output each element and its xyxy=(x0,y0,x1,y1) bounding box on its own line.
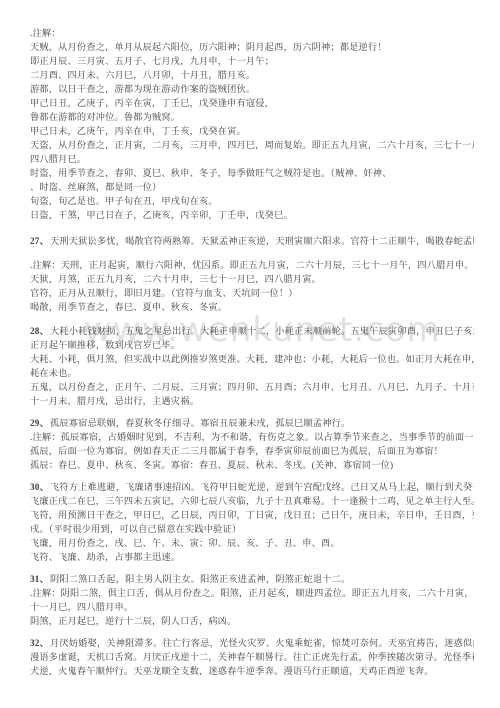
section-28-number: 28、 xyxy=(30,326,49,336)
section-31: 31、阴阳二煞口舌起，阳主男人阴主女。阳煞正亥进孟神，阴煞正蛇退十二。 .注解：… xyxy=(30,572,474,628)
section-27-heading: 27、天刑天狱讼多忧，喝散官符两熟筹。天狱孟神正亥逆，天刑寅顺六阳求。官符十二正… xyxy=(30,234,474,248)
text-line: 十一月未、腊月戌，忌出行，主遇灾祸。 xyxy=(30,394,474,408)
text-line: 日盗，干煞，甲己日在子，乙庚亥，丙辛卯，丁壬申，戊癸巳。 xyxy=(30,208,474,222)
section-31-heading: 31、阴阳二煞口舌起，阳主男人阴主女。阳煞正亥进孟神，阴煞正蛇退十二。 xyxy=(30,572,474,586)
text-line: 耗在未也。 xyxy=(30,366,474,380)
section-32: 32、月厌妨婚娶，关神阻滞多。往亡行客忌，光怪火灾罗。火鬼乘蛇雀，惊焚可奈何。天… xyxy=(30,636,474,678)
section-30-heading: 30、飞符方上难逃避，飞廉诸事速招凶。飞符甲日蛇光逆，逆到午宫配戊终。己日又从马… xyxy=(30,480,474,494)
text-line: 孤辰，后面一位为寡宿。例如春天正二三月都属于春季，春季寅卯辰前面巳为孤辰，后面丑… xyxy=(30,444,474,458)
text-line: 戌。（平时很少用到，可以自己留意在实践中验证） xyxy=(30,522,474,536)
text-line: 阴煞，正月起巳，逆行十二辰，阴人口舌，病凶。 xyxy=(30,614,474,628)
text-line: 甲己日丑，乙庚子，丙辛在寅，丁壬巳，戊癸逢申有寇侵， xyxy=(30,96,474,110)
section-28-heading: 28、大耗小耗钱财损，五鬼之星忌出行。大耗正申顺十二，小耗正未顺前轮。五鬼午辰寅… xyxy=(30,324,474,338)
section-32-heading: 32、月厌妨婚娶，关神阻滞多。往亡行客忌，光怪火灾罗。火鬼乘蛇雀，惊焚可奈何。天… xyxy=(30,636,474,650)
section-28: 28、大耗小耗钱财损，五鬼之星忌出行。大耗正申顺十二，小耗正未顺前轮。五鬼午辰寅… xyxy=(30,324,474,408)
section-29-heading-text: 孤辰寡宿忌联姻，春夏秋冬仔细寻。寡宿丑辰兼未戌，孤辰巳顺孟神行。 xyxy=(50,418,350,428)
text-line: 天盗，从月份查之，正月寅，二月亥，三月申，四月巳，周而复始。即正五九月寅，二六十… xyxy=(30,138,474,152)
text-line: 游都，以日干查之，游都为现在游动作案的盗贼团伙。 xyxy=(30,82,474,96)
section-27-heading-text: 天刑天狱讼多忧，喝散官符两熟筹。天狱孟神正亥逆，天刑寅顺六阳求。官符十二正顺牛，… xyxy=(50,236,474,246)
text-line: 四八腊月巳。 xyxy=(30,152,474,166)
text-line: 大耗、小耗，俱月煞，但实战中以此例推岁煞更准。大耗，建冲也；小耗，大耗后一位也。… xyxy=(30,352,474,366)
text-line: 即正月辰、三月寅、五月子、七月戌，九月申，十一月午； xyxy=(30,54,474,68)
section-30-number: 30、 xyxy=(30,482,49,492)
text-line: .注解：天刑，正月起寅，顺行六阳神，忧囚系。即正五九月寅，二六十月辰，三七十一月… xyxy=(30,258,474,272)
section-28-heading-text: 大耗小耗钱财损，五鬼之星忌出行。大耗正申顺十二，小耗正未顺前轮。五鬼午辰寅卯酉，… xyxy=(50,326,474,336)
text-line: 正月起午顺推移，数到戌宫岁已毕。 xyxy=(30,338,474,352)
section-30: 30、飞符方上难逃避，飞廉诸事速招凶。飞符甲日蛇光逆，逆到午宫配戊终。己日又从马… xyxy=(30,480,474,564)
section-29-number: 29、 xyxy=(30,418,49,428)
text-line: 二月酉、四月未、六月巳，八月卯，十月丑，腊月亥。 xyxy=(30,68,474,82)
section-29: 29、孤辰寡宿忌联姻，春夏秋冬仔细寻。寡宿丑辰兼未戌，孤辰巳顺孟神行。 .注解：… xyxy=(30,416,474,472)
text-line: 喝散，用季节查之，春巳、夏申、秋亥、冬寅。 xyxy=(30,300,474,314)
text-line: 孤辰：春巳、夏申、秋亥、冬寅。寡宿：春丑、夏辰、秋未、冬戌。(关神、寡宿同一位) xyxy=(30,458,474,472)
text-line: .注解： xyxy=(30,26,474,40)
text-line: 飞符，用预测日干查之，甲日巳，乙日辰，丙日卯，丁日寅，戊日丑；己日午，庚日未，辛… xyxy=(30,508,474,522)
text-line: 五鬼，以月份查之，正月午、二月辰、三月寅；四月卯、五月酉；六月申、七月丑、八月巳… xyxy=(30,380,474,394)
text-line: 、时盗、丝麻煞，都是同一位） xyxy=(30,180,474,194)
section-32-number: 32、 xyxy=(30,638,49,648)
text-line: 时盗，用季节查之，春卯、夏巳、秋申、冬子，每季做旺气之贼符是也。（贼神、奸神、 xyxy=(30,166,474,180)
text-line: .注解：孤辰寡宿，占婚姻时见到，不吉利，为不和谐，有伤克之象。以占算季节来查之，… xyxy=(30,430,474,444)
section-27-number: 27、 xyxy=(30,236,49,246)
section-30-heading-text: 飞符方上难逃避，飞廉诸事速招凶。飞符甲日蛇光逆，逆到午宫配戊终。己日又从马上起，… xyxy=(50,482,474,492)
text-line: 鲁都在游都的对冲位。鲁都为贼窝。 xyxy=(30,110,474,124)
section-31-number: 31、 xyxy=(30,574,49,584)
section-27: 27、天刑天狱讼多忧，喝散官符两熟筹。天狱孟神正亥逆，天刑寅顺六阳求。官符十二正… xyxy=(30,234,474,314)
section-31-heading-text: 阴阳二煞口舌起，阳主男人阴主女。阳煞正亥进孟神，阴煞正蛇退十二。 xyxy=(50,574,350,584)
text-line: 甲己日未，乙庚午，丙辛在申，丁壬亥，戊癸在寅。 xyxy=(30,124,474,138)
text-line: 飞廉正戌二在巳，三午四未五寅记，六卯七辰八亥临，九子十丑真难易。十一逢猴十二鸡，… xyxy=(30,494,474,508)
text-line: 天狱，月煞，正五九月亥，二六十月申，三七十一月巳，四八腊月寅。 xyxy=(30,272,474,286)
text-line: 飞廉，用月份查之，戌、巳、午、未、寅；卯、辰、亥、子、丑、申、酉。 xyxy=(30,536,474,550)
text-line: .注解：阴阳二煞，俱主口舌，俱从月份查之。阳煞，正月起亥，顺进四孟位。即正五九月… xyxy=(30,586,474,600)
text-line: 犬逆，火鬼春午顺仲行。天巫龙顺全支数，迷惑春牛逆季奔。漫语马行正顺道，天鸡正酉逆… xyxy=(30,664,474,678)
text-line: 飞符、飞廉、劫杀，占事都主迅速。 xyxy=(30,550,474,564)
section-32-heading-text: 月厌妨婚娶，关神阻滞多。往亡行客忌，光怪火灾罗。火鬼乘蛇雀，惊焚可奈何。天巫宜祷… xyxy=(50,638,474,648)
section-29-heading: 29、孤辰寡宿忌联姻，春夏秋冬仔细寻。寡宿丑辰兼未戌，孤辰巳顺孟神行。 xyxy=(30,416,474,430)
text-line: 十一月巳，四八腊月申。 xyxy=(30,600,474,614)
text-line: 官符，正月从丑顺行，即旧月建。（官符与血支、天坑同一位！） xyxy=(30,286,474,300)
document-content: .注解： 天贼，从月份查之，单月从辰起六阳位，历六阳神；阴月起西，历六阴神；都是… xyxy=(30,26,474,678)
text-line: 旬盗，旬乙是也。甲子旬在丑，甲戌旬在亥。 xyxy=(30,194,474,208)
intro-annotation-block: .注解： 天贼，从月份查之，单月从辰起六阳位，历六阳神；阴月起西，历六阴神；都是… xyxy=(30,26,474,222)
text-line: 漫语多虚诞，天机口舌窝。月厌正戌逆十二，关神春午顺晷行。往亡正虎先行孟，仲季挨随… xyxy=(30,650,474,664)
text-line: 天贼，从月份查之，单月从辰起六阳位，历六阳神；阴月起西，历六阴神；都是逆行！ xyxy=(30,40,474,54)
document-page: www.wenkunet.com .注解： 天贼，从月份查之，单月从辰起六阳位，… xyxy=(0,0,500,708)
